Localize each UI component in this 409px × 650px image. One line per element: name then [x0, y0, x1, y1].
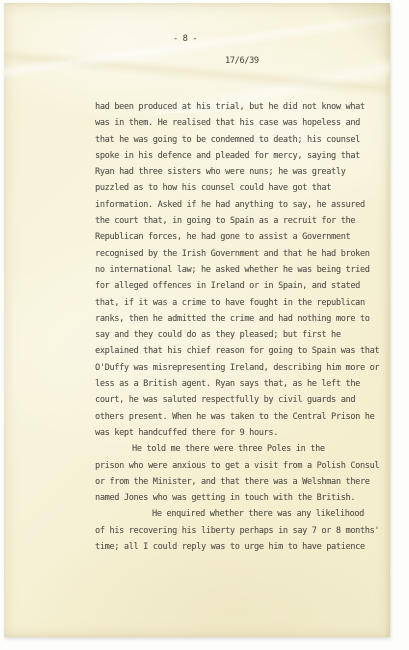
date-stamp: 17/6/39 — [225, 56, 259, 66]
page-number: - 8 - — [173, 34, 197, 44]
paragraph-liberty-enquiry: He enquired whether there was any likeli… — [95, 506, 391, 555]
paragraph-trial-account: had been produced at his trial, but he d… — [95, 99, 391, 441]
paper-sheet: - 8 - 17/6/39 had been produced at his t… — [4, 3, 390, 637]
letter-body: had been produced at his trial, but he d… — [95, 99, 391, 555]
scanned-document-page: - 8 - 17/6/39 had been produced at his t… — [0, 0, 409, 650]
paragraph-poles-in-prison: He told me there were three Poles in the… — [95, 441, 391, 506]
